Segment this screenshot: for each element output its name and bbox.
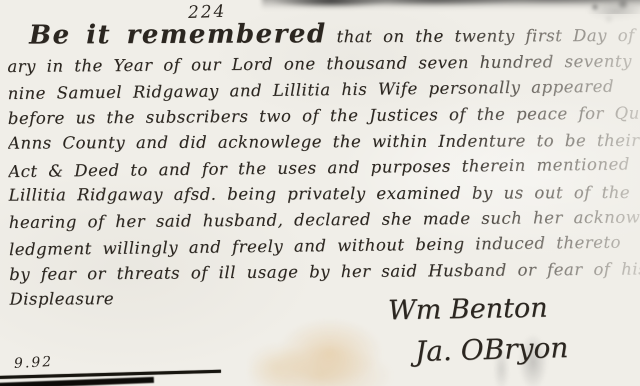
scanned-document-page: 224 Be it rememberedthat on the twenty f…: [0, 0, 640, 386]
bottom-left-scan-line-thin: [0, 370, 221, 379]
opening-phrase: Be it remembered: [29, 19, 327, 50]
signature-wm-benton: Wm Benton: [388, 293, 548, 327]
line-1-text: that on the twenty first Day of Janu: [337, 26, 640, 47]
bottom-left-scan-line-thick: [0, 377, 154, 386]
document-line: Lillitia Ridgaway afsd. being privately …: [8, 180, 640, 209]
signature-ja-obryon: Ja. OBryon: [414, 331, 568, 368]
document-line: Be it rememberedthat on the twenty first…: [7, 16, 640, 53]
footer-archival-mark: 9.92: [14, 354, 54, 372]
document-body-text: Be it rememberedthat on the twenty first…: [7, 14, 640, 314]
